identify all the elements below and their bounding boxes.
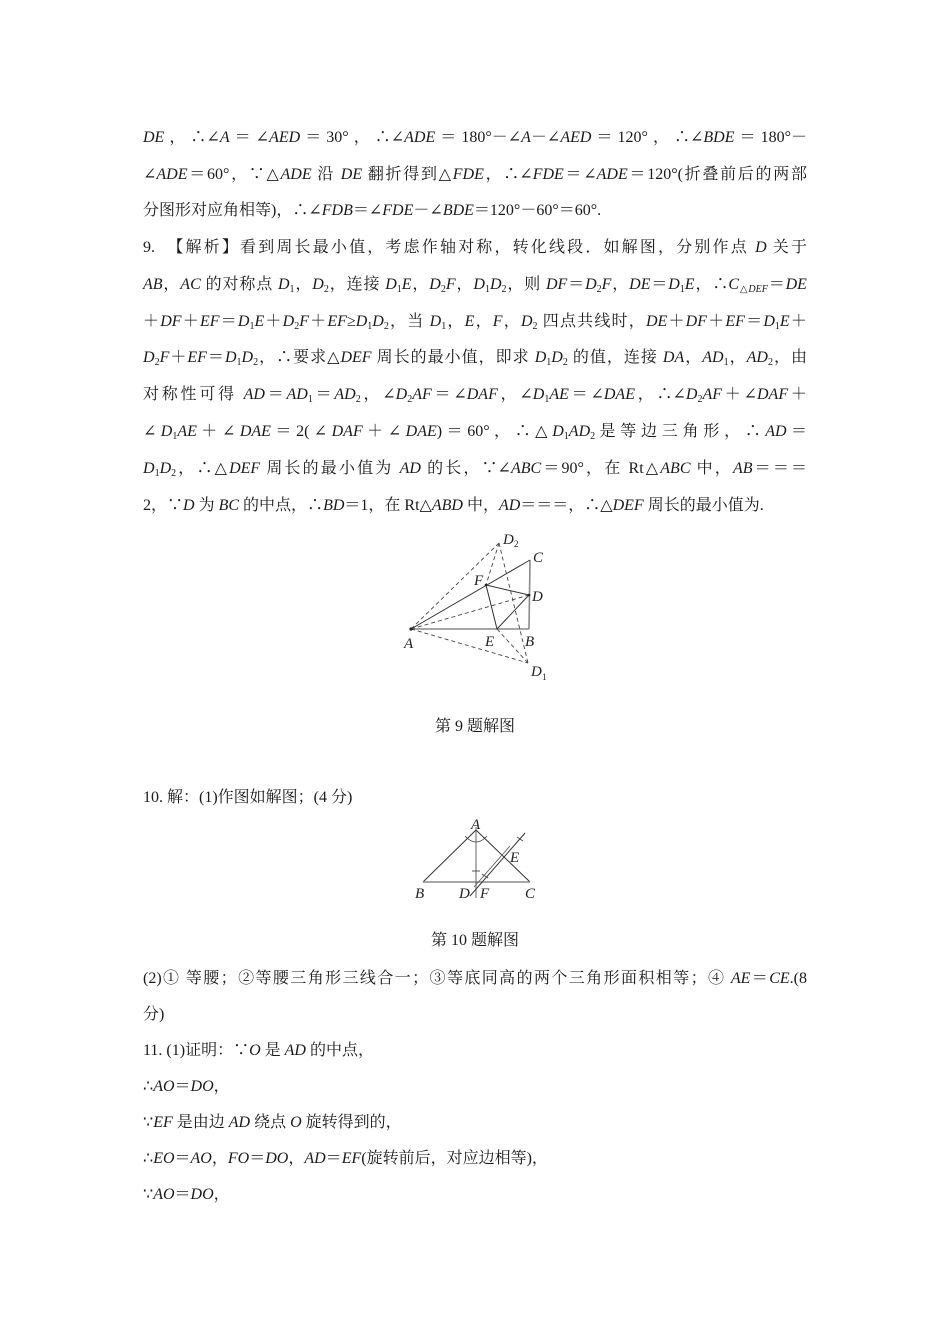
text-line: D1D2，∴△DEF 周长的最小值为 AD 的长，∵∠ABC＝90°，在 Rt△… (143, 459, 807, 479)
text-line: ∵EF 是由边 AD 绕点 O 旋转得到的， (143, 1113, 807, 1133)
text-line: 分) (143, 1005, 807, 1025)
figure-caption-q9: 第 9 题解图 (0, 717, 950, 737)
text-line: DE，∴∠A＝∠AED＝30°，∴∠ADE＝180°－∠A－∠AED＝120°，… (143, 128, 807, 148)
text-line: 分图形对应角相等)，∴∠FDB＝∠FDE－∠BDE＝120°－60°＝60°. (143, 201, 807, 221)
text-line: D2F＋EF＝D1D2，∴要求△DEF 周长的最小值，即求 D1D2 的值，连接… (143, 348, 807, 368)
text-line: 11. (1)证明：∵O 是 AD 的中点， (143, 1041, 807, 1061)
point-label-a: A (403, 636, 414, 652)
point-label-d: D (458, 886, 470, 902)
point-label-a: A (470, 817, 481, 833)
point-label-e: E (509, 850, 519, 866)
point-label-c: C (533, 550, 544, 566)
text-line: 对称性可得 AD＝AD1＝AD2，∠D2AF＝∠DAF，∠D1AE＝∠DAE，∴… (143, 385, 807, 405)
text-line: ∴AO＝DO， (143, 1077, 807, 1097)
question-9-figure: A E B C D F D 2 D 1 (380, 525, 580, 685)
text-line: 2，∵D 为 BC 的中点，∴BD＝1，在 Rt△ABD 中，AD＝＝＝，∴△D… (143, 496, 807, 516)
text-line: 10. 解：(1)作图如解图；(4 分) (143, 788, 807, 808)
geometry-diagram-q9: A E B C D F D 2 D 1 (380, 525, 580, 685)
figure-caption-q10: 第 10 题解图 (0, 931, 950, 951)
point-label-f: F (479, 886, 490, 902)
text-line: ∵AO＝DO， (143, 1185, 807, 1205)
text-line: 9. 【解析】看到周长最小值，考虑作轴对称，转化线段．如解图，分别作点 D 关于 (143, 238, 807, 258)
point-label-d: D (531, 589, 543, 605)
geometry-diagram-q10: A B C D F E (400, 810, 550, 905)
point-label-d2-sub: 2 (514, 539, 519, 549)
point-label-b: B (415, 886, 424, 902)
document-page: DE，∴∠A＝∠AED＝30°，∴∠ADE＝180°－∠A－∠AED＝120°，… (0, 0, 950, 1344)
text-line: ∠ADE＝60°，∵△ADE 沿 DE 翻折得到△FDE，∴∠FDE＝∠ADE＝… (143, 165, 807, 185)
point-label-c: C (525, 886, 536, 902)
point-label-d1: D (530, 664, 542, 680)
text-line: ∴EO＝AO，FO＝DO，AD＝EF(旋转前后，对应边相等)， (143, 1149, 807, 1169)
text-line: (2)① 等腰；②等腰三角形三线合一；③等底同高的两个三角形面积相等；④ AE＝… (143, 969, 807, 989)
point-label-f: F (473, 573, 484, 589)
point-label-e: E (484, 634, 494, 650)
point-label-d2: D (502, 532, 514, 548)
text-line: ∠ D1AE ＋ ∠ DAE ＝ 2( ∠ DAF ＋ ∠ DAE) ＝ 60°… (143, 422, 807, 442)
question-10-figure: A B C D F E (400, 810, 550, 905)
point-label-b: B (525, 634, 534, 650)
point-label-d1-sub: 1 (542, 672, 547, 682)
text-line: AB，AC 的对称点 D1，D2，连接 D1E，D2F，D1D2，则 DF＝D2… (143, 275, 807, 295)
text-line: ＋DF＋EF＝D1E＋D2F＋EF≥D1D2，当 D1，E，F，D2 四点共线时… (143, 312, 807, 332)
